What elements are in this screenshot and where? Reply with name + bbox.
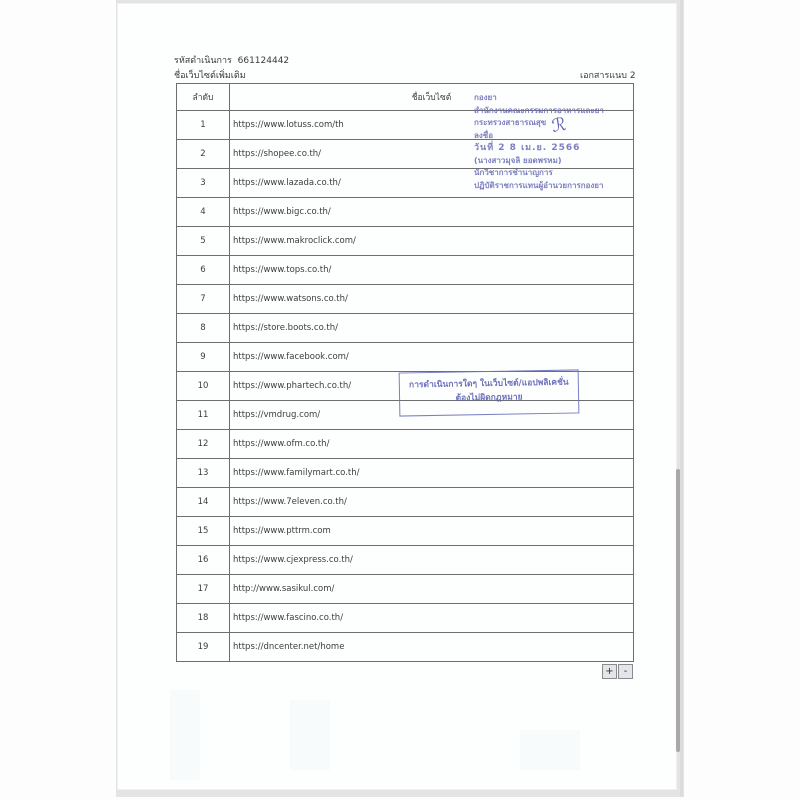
row-website-url: https://www.bigc.co.th/ bbox=[230, 198, 634, 227]
table-row: 7https://www.watsons.co.th/ bbox=[177, 285, 634, 314]
row-website-url: https://www.familymart.co.th/ bbox=[230, 459, 634, 488]
row-website-url: https://www.fascino.co.th/ bbox=[230, 604, 634, 633]
row-index: 5 bbox=[177, 227, 230, 256]
row-website-url: https://www.watsons.co.th/ bbox=[230, 285, 634, 314]
table-row: 17http://www.sasikul.com/ bbox=[177, 575, 634, 604]
table-row: 12https://www.ofm.co.th/ bbox=[177, 430, 634, 459]
legal-notice-stamp: การดำเนินการใดๆ ในเว็บไซต์/แอปพลิเคชั่น … bbox=[399, 369, 580, 416]
bleed-through-mark bbox=[290, 700, 330, 770]
document-subtitle: ชื่อเว็บไซต์เพิ่มเติม bbox=[174, 68, 246, 82]
table-row: 5https://www.makroclick.com/ bbox=[177, 227, 634, 256]
table-row: 16https://www.cjexpress.co.th/ bbox=[177, 546, 634, 575]
row-index: 17 bbox=[177, 575, 230, 604]
row-index: 18 bbox=[177, 604, 230, 633]
zoom-in-button[interactable]: + bbox=[602, 664, 617, 679]
row-website-url: https://www.cjexpress.co.th/ bbox=[230, 546, 634, 575]
table-row: 13https://www.familymart.co.th/ bbox=[177, 459, 634, 488]
row-website-url: https://www.ofm.co.th/ bbox=[230, 430, 634, 459]
row-index: 9 bbox=[177, 343, 230, 372]
zoom-out-button[interactable]: - bbox=[618, 664, 633, 679]
row-index: 6 bbox=[177, 256, 230, 285]
header-index: ลำดับ bbox=[177, 84, 230, 111]
row-index: 7 bbox=[177, 285, 230, 314]
stamp-line: กองยา bbox=[474, 92, 644, 105]
operation-code: รหัสดำเนินการ 661124442 bbox=[174, 53, 289, 67]
stamp-line: (นางสาวมุจลิ ยอดพรหม) bbox=[474, 155, 644, 168]
stamp-line: นักวิชาการชำนาญการ bbox=[474, 167, 644, 180]
signature-mark: ℛ bbox=[551, 119, 567, 134]
row-index: 11 bbox=[177, 401, 230, 430]
table-row: 14https://www.7eleven.co.th/ bbox=[177, 488, 634, 517]
stamp-date: วันที่ 2 8 เม.ย. 2566 bbox=[474, 142, 644, 155]
operation-code-value: 661124442 bbox=[238, 56, 290, 66]
row-index: 3 bbox=[177, 169, 230, 198]
row-index: 16 bbox=[177, 546, 230, 575]
attachment-label: เอกสารแนบ 2 bbox=[580, 68, 636, 82]
row-website-url: http://www.sasikul.com/ bbox=[230, 575, 634, 604]
row-index: 15 bbox=[177, 517, 230, 546]
table-row: 8https://store.boots.co.th/ bbox=[177, 314, 634, 343]
row-index: 2 bbox=[177, 140, 230, 169]
row-website-url: https://dncenter.net/home bbox=[230, 633, 634, 662]
official-approval-stamp: กองยา สำนักงานคณะกรรมการอาหารและยา กระทร… bbox=[474, 92, 644, 192]
row-index: 13 bbox=[177, 459, 230, 488]
table-row: 15https://www.pttrm.com bbox=[177, 517, 634, 546]
table-row: 9https://www.facebook.com/ bbox=[177, 343, 634, 372]
bleed-through-mark bbox=[520, 730, 580, 770]
row-website-url: https://www.7eleven.co.th/ bbox=[230, 488, 634, 517]
vertical-scrollbar-track[interactable] bbox=[680, 0, 683, 797]
row-website-url: https://www.facebook.com/ bbox=[230, 343, 634, 372]
table-row: 6https://www.tops.co.th/ bbox=[177, 256, 634, 285]
row-index: 10 bbox=[177, 372, 230, 401]
stamp-line: ปฏิบัติราชการแทนผู้อำนวยการกองยา bbox=[474, 180, 644, 193]
row-index: 8 bbox=[177, 314, 230, 343]
table-row: 18https://www.fascino.co.th/ bbox=[177, 604, 634, 633]
row-website-url: https://www.makroclick.com/ bbox=[230, 227, 634, 256]
operation-code-label: รหัสดำเนินการ bbox=[174, 56, 232, 66]
row-website-url: https://store.boots.co.th/ bbox=[230, 314, 634, 343]
vertical-scrollbar-thumb[interactable] bbox=[676, 469, 680, 752]
row-index: 12 bbox=[177, 430, 230, 459]
row-website-url: https://www.pttrm.com bbox=[230, 517, 634, 546]
row-index: 1 bbox=[177, 111, 230, 140]
row-index: 4 bbox=[177, 198, 230, 227]
table-row: 19https://dncenter.net/home bbox=[177, 633, 634, 662]
bleed-through-mark bbox=[170, 690, 200, 780]
row-website-url: https://www.tops.co.th/ bbox=[230, 256, 634, 285]
row-index: 14 bbox=[177, 488, 230, 517]
page-zoom-controls: + - bbox=[602, 664, 633, 679]
row-index: 19 bbox=[177, 633, 230, 662]
table-row: 4https://www.bigc.co.th/ bbox=[177, 198, 634, 227]
